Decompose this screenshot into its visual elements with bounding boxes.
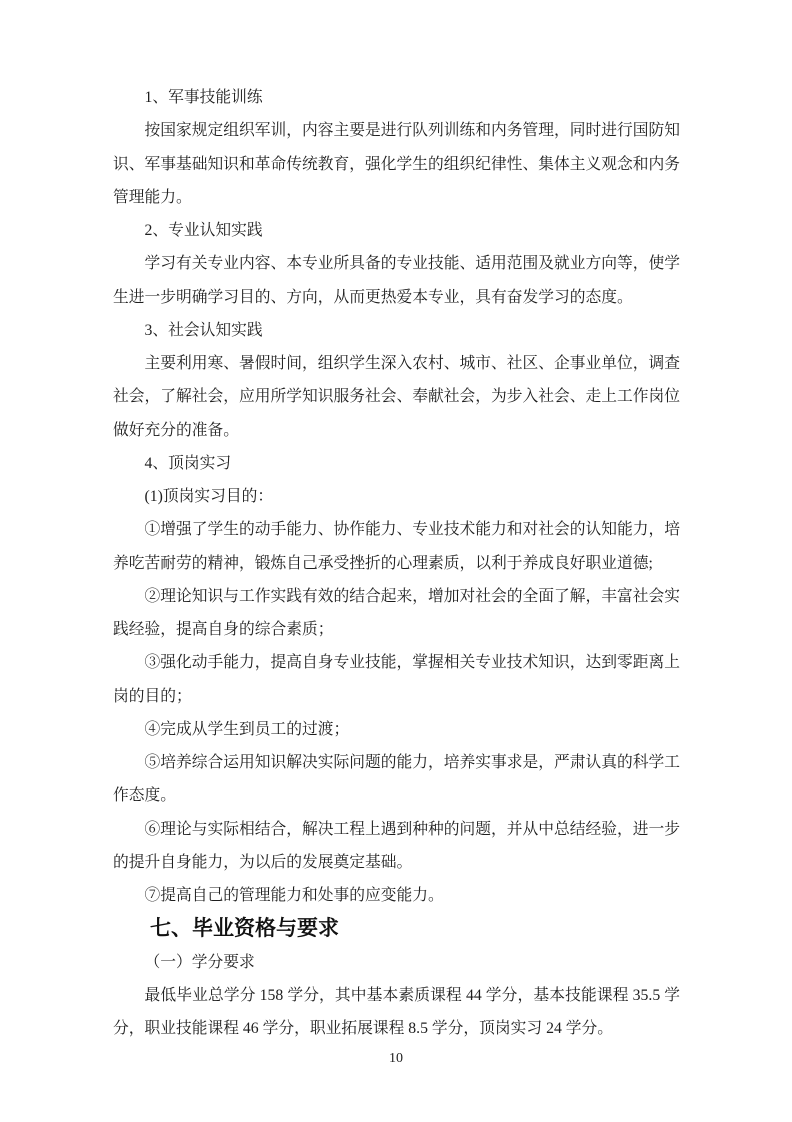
- list-item-credit-requirement: （一）学分要求: [113, 946, 680, 979]
- document-body: 1、军事技能训练 按国家规定组织军训，内容主要是进行队列训练和内务管理，同时进行…: [113, 81, 680, 1045]
- paragraph-social-cognition-desc: 主要利用寒、暑假时间，组织学生深入农村、城市、社区、企事业单位，调查社会，了解社…: [113, 347, 680, 447]
- paragraph-internship-purpose-6: ⑥理论与实际相结合，解决工程上遇到种种的问题，并从中总结经验，进一步的提升自身能…: [113, 813, 680, 880]
- list-item-post-internship: 4、顶岗实习: [113, 447, 680, 480]
- paragraph-internship-purpose-5: ⑤培养综合运用知识解决实际问题的能力，培养实事求是，严肃认真的科学工作态度。: [113, 746, 680, 813]
- paragraph-internship-purpose-1: ①增强了学生的动手能力、协作能力、专业技术能力和对社会的认知能力，培养吃苦耐劳的…: [113, 513, 680, 580]
- list-item-professional-cognition: 2、专业认知实践: [113, 214, 680, 247]
- paragraph-professional-cognition-desc: 学习有关专业内容、本专业所具备的专业技能、适用范围及就业方向等，使学生进一步明确…: [113, 247, 680, 314]
- paragraph-military-training-desc: 按国家规定组织军训，内容主要是进行队列训练和内务管理，同时进行国防知识、军事基础…: [113, 114, 680, 214]
- list-item-military-training: 1、军事技能训练: [113, 81, 680, 114]
- document-page: 1、军事技能训练 按国家规定组织军训，内容主要是进行队列训练和内务管理，同时进行…: [0, 0, 792, 1122]
- paragraph-credit-requirement-desc: 最低毕业总学分 158 学分，其中基本素质课程 44 学分，基本技能课程 35.…: [113, 979, 680, 1046]
- list-item-social-cognition: 3、社会认知实践: [113, 314, 680, 347]
- paragraph-internship-purpose-4: ④完成从学生到员工的过渡；: [113, 713, 680, 746]
- page-number: 10: [0, 1049, 792, 1069]
- paragraph-internship-purpose-3: ③强化动手能力，提高自身专业技能，掌握相关专业技术知识，达到零距离上岗的目的；: [113, 646, 680, 713]
- paragraph-internship-purpose-2: ②理论知识与工作实践有效的结合起来，增加对社会的全面了解，丰富社会实践经验，提高…: [113, 580, 680, 647]
- list-item-internship-purpose-label: (1)顶岗实习目的：: [113, 480, 680, 513]
- paragraph-internship-purpose-7: ⑦提高自己的管理能力和处事的应变能力。: [113, 879, 680, 912]
- section-heading-graduation-requirements: 七、毕业资格与要求: [113, 912, 680, 945]
